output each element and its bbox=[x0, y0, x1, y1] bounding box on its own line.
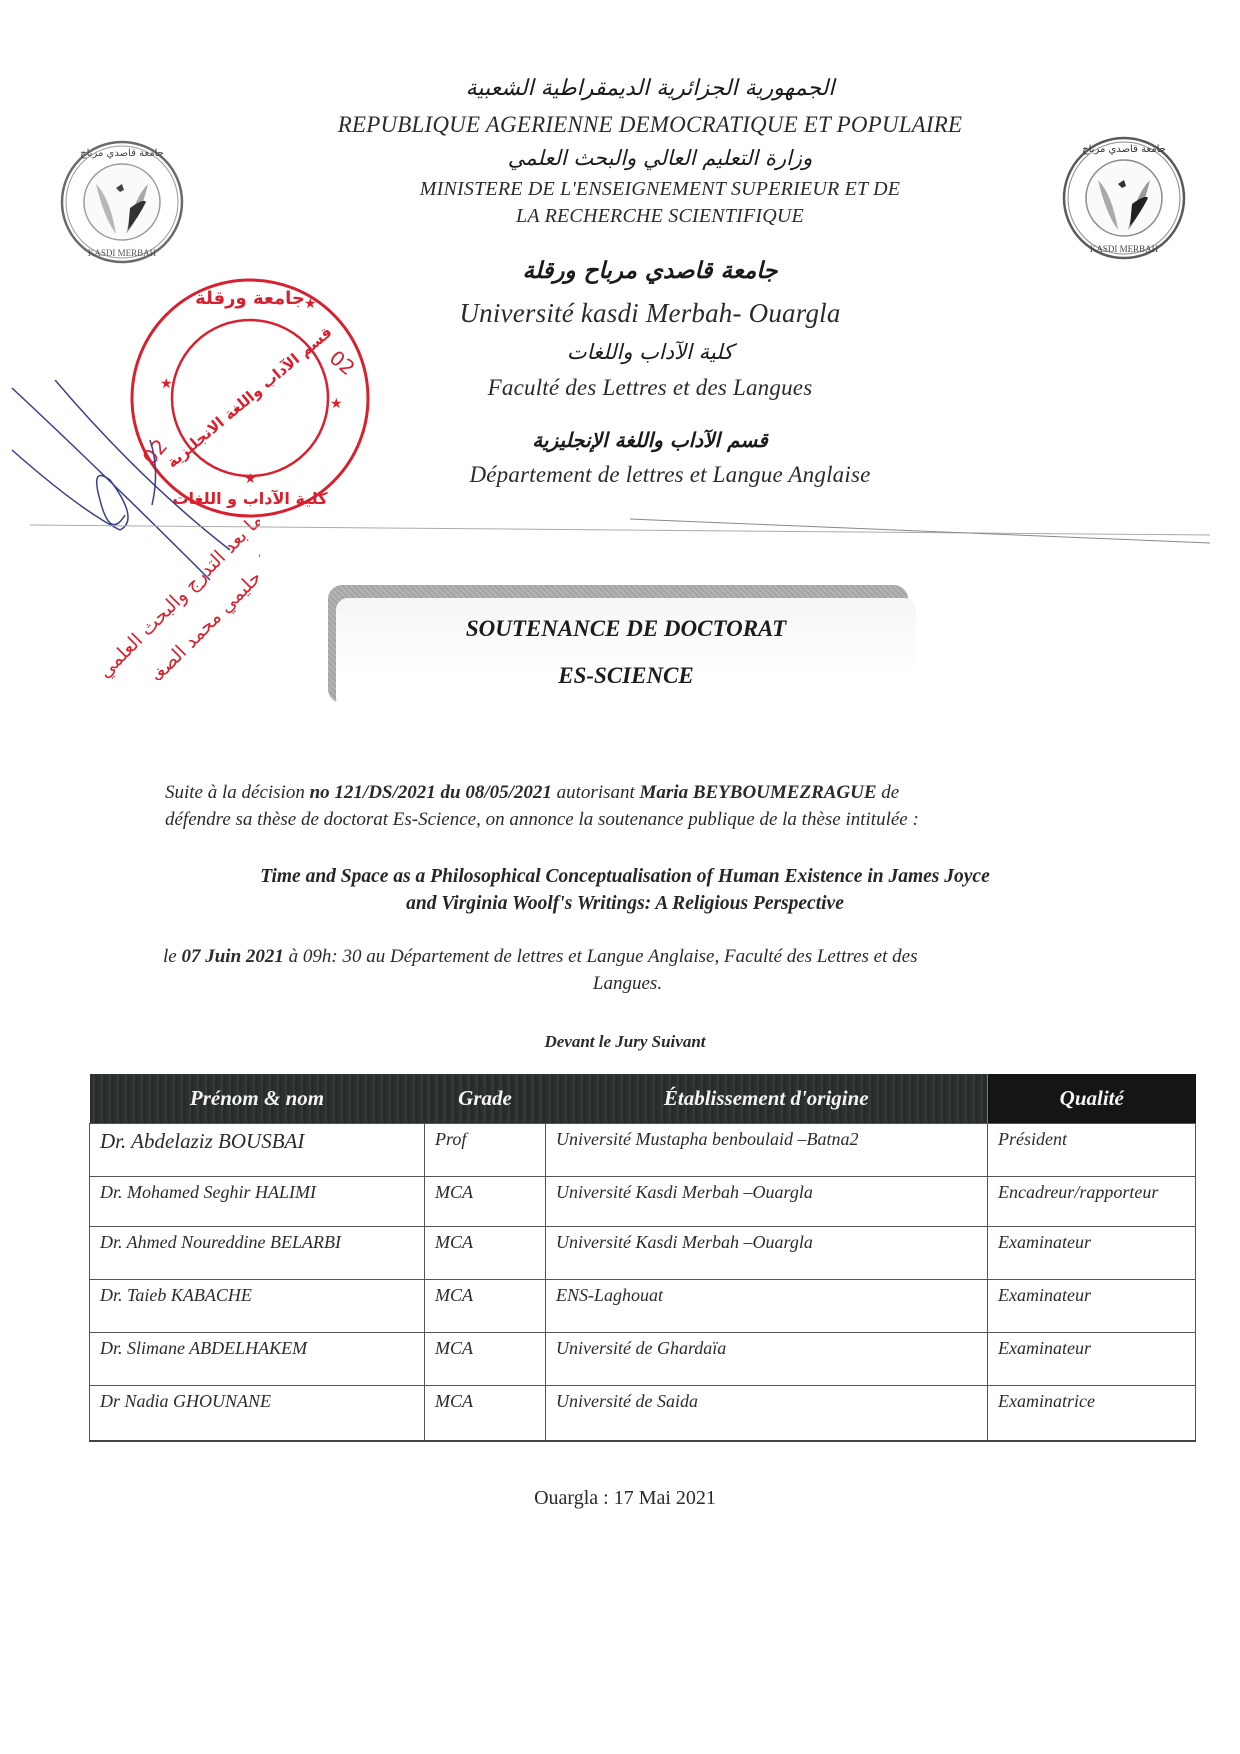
country-name-french: REPUBLIQUE AGERIENNE DEMOCRATIQUE ET POP… bbox=[30, 112, 1240, 138]
table-header-row: Prénom & nom Grade Établissement d'origi… bbox=[90, 1074, 1196, 1123]
svg-text:KASDI MERBAH: KASDI MERBAH bbox=[1090, 244, 1159, 254]
member-role: Examinateur bbox=[988, 1226, 1196, 1279]
country-name-arabic: الجمهورية الجزائرية الديمقراطية الشعبية bbox=[30, 76, 1240, 101]
member-institution: Université Kasdi Merbah –Ouargla bbox=[546, 1226, 988, 1279]
announcement-line1: Suite à la décision no 121/DS/2021 du 08… bbox=[165, 782, 899, 804]
university-logo-left: KASDI MERBAH جامعة قاصدي مرباح bbox=[58, 138, 186, 266]
svg-text:★: ★ bbox=[330, 396, 343, 412]
jury-table: Prénom & nom Grade Établissement d'origi… bbox=[89, 1074, 1196, 1442]
text: à 09h: 30 au Département de lettres et L… bbox=[284, 946, 918, 967]
table-row: Dr Nadia GHOUNANE MCA Université de Said… bbox=[90, 1385, 1196, 1441]
text: Suite à la décision bbox=[165, 782, 310, 803]
member-role: Président bbox=[988, 1123, 1196, 1176]
decision-reference: no 121/DS/2021 du 08/05/2021 bbox=[310, 782, 552, 803]
member-grade: MCA bbox=[425, 1332, 546, 1385]
document-page: الجمهورية الجزائرية الديمقراطية الشعبية … bbox=[0, 0, 1240, 1754]
thesis-title-line1: Time and Space as a Philosophical Concep… bbox=[0, 866, 1240, 888]
svg-text:جامعة قاصدي مرباح: جامعة قاصدي مرباح bbox=[1082, 144, 1166, 155]
university-logo-right: KASDI MERBAH جامعة قاصدي مرباح bbox=[1060, 134, 1188, 262]
defense-location-end: Langues. bbox=[0, 973, 1240, 995]
member-name: Dr Nadia GHOUNANE bbox=[90, 1385, 425, 1441]
header-role: Qualité bbox=[988, 1074, 1196, 1123]
svg-text:جامعة قاصدي مرباح: جامعة قاصدي مرباح bbox=[80, 148, 164, 159]
header-divider bbox=[30, 505, 1240, 545]
svg-text:02: 02 bbox=[325, 345, 360, 380]
member-institution: Université Kasdi Merbah –Ouargla bbox=[546, 1176, 988, 1226]
announcement-line2: défendre sa thèse de doctorat Es-Science… bbox=[165, 809, 919, 831]
svg-text:جامعة ورقلة: جامعة ورقلة bbox=[195, 288, 305, 309]
table-row: Dr. Ahmed Noureddine BELARBI MCA Univers… bbox=[90, 1226, 1196, 1279]
table-row: Dr. Slimane ABDELHAKEM MCA Université de… bbox=[90, 1332, 1196, 1385]
svg-text:KASDI MERBAH: KASDI MERBAH bbox=[88, 248, 157, 258]
title-line1: SOUTENANCE DE DOCTORAT bbox=[336, 616, 916, 642]
member-grade: MCA bbox=[425, 1226, 546, 1279]
member-grade: MCA bbox=[425, 1385, 546, 1441]
member-name: Dr. Abdelaziz BOUSBAI bbox=[90, 1123, 425, 1176]
member-role: Encadreur/rapporteur bbox=[988, 1176, 1196, 1226]
member-institution: Université de Saida bbox=[546, 1385, 988, 1441]
member-grade: Prof bbox=[425, 1123, 546, 1176]
thesis-title-line2: and Virginia Woolf's Writings: A Religio… bbox=[0, 893, 1240, 915]
candidate-name: Maria BEYBOUMEZRAGUE bbox=[640, 782, 877, 803]
member-grade: MCA bbox=[425, 1176, 546, 1226]
member-role: Examinateur bbox=[988, 1332, 1196, 1385]
place-and-date: Ouargla : 17 Mai 2021 bbox=[0, 1487, 1240, 1510]
member-role: Examinatrice bbox=[988, 1385, 1196, 1441]
defense-date: 07 Juin 2021 bbox=[181, 946, 283, 967]
text: autorisant bbox=[552, 782, 640, 803]
member-grade: MCA bbox=[425, 1279, 546, 1332]
jury-caption: Devant le Jury Suivant bbox=[0, 1032, 1240, 1052]
member-institution: Université Mustapha benboulaid –Batna2 bbox=[546, 1123, 988, 1176]
title-box: SOUTENANCE DE DOCTORAT ES-SCIENCE bbox=[336, 598, 916, 710]
text: de bbox=[877, 782, 900, 803]
header-institution: Établissement d'origine bbox=[546, 1074, 988, 1123]
member-name: Dr. Mohamed Seghir HALIMI bbox=[90, 1176, 425, 1226]
svg-text:★: ★ bbox=[304, 296, 317, 312]
table-row: Dr. Mohamed Seghir HALIMI MCA Université… bbox=[90, 1176, 1196, 1226]
member-institution: ENS-Laghouat bbox=[546, 1279, 988, 1332]
member-role: Examinateur bbox=[988, 1279, 1196, 1332]
title-line2: ES-SCIENCE bbox=[336, 663, 916, 689]
member-name: Dr. Slimane ABDELHAKEM bbox=[90, 1332, 425, 1385]
text: le bbox=[163, 946, 181, 967]
member-institution: Université de Ghardaïa bbox=[546, 1332, 988, 1385]
defense-date-line: le 07 Juin 2021 à 09h: 30 au Département… bbox=[163, 946, 917, 968]
member-name: Dr. Taieb KABACHE bbox=[90, 1279, 425, 1332]
member-name: Dr. Ahmed Noureddine BELARBI bbox=[90, 1226, 425, 1279]
table-row: Dr. Abdelaziz BOUSBAI Prof Université Mu… bbox=[90, 1123, 1196, 1176]
header-grade: Grade bbox=[425, 1074, 546, 1123]
table-row: Dr. Taieb KABACHE MCA ENS-Laghouat Exami… bbox=[90, 1279, 1196, 1332]
header-name: Prénom & nom bbox=[90, 1074, 425, 1123]
